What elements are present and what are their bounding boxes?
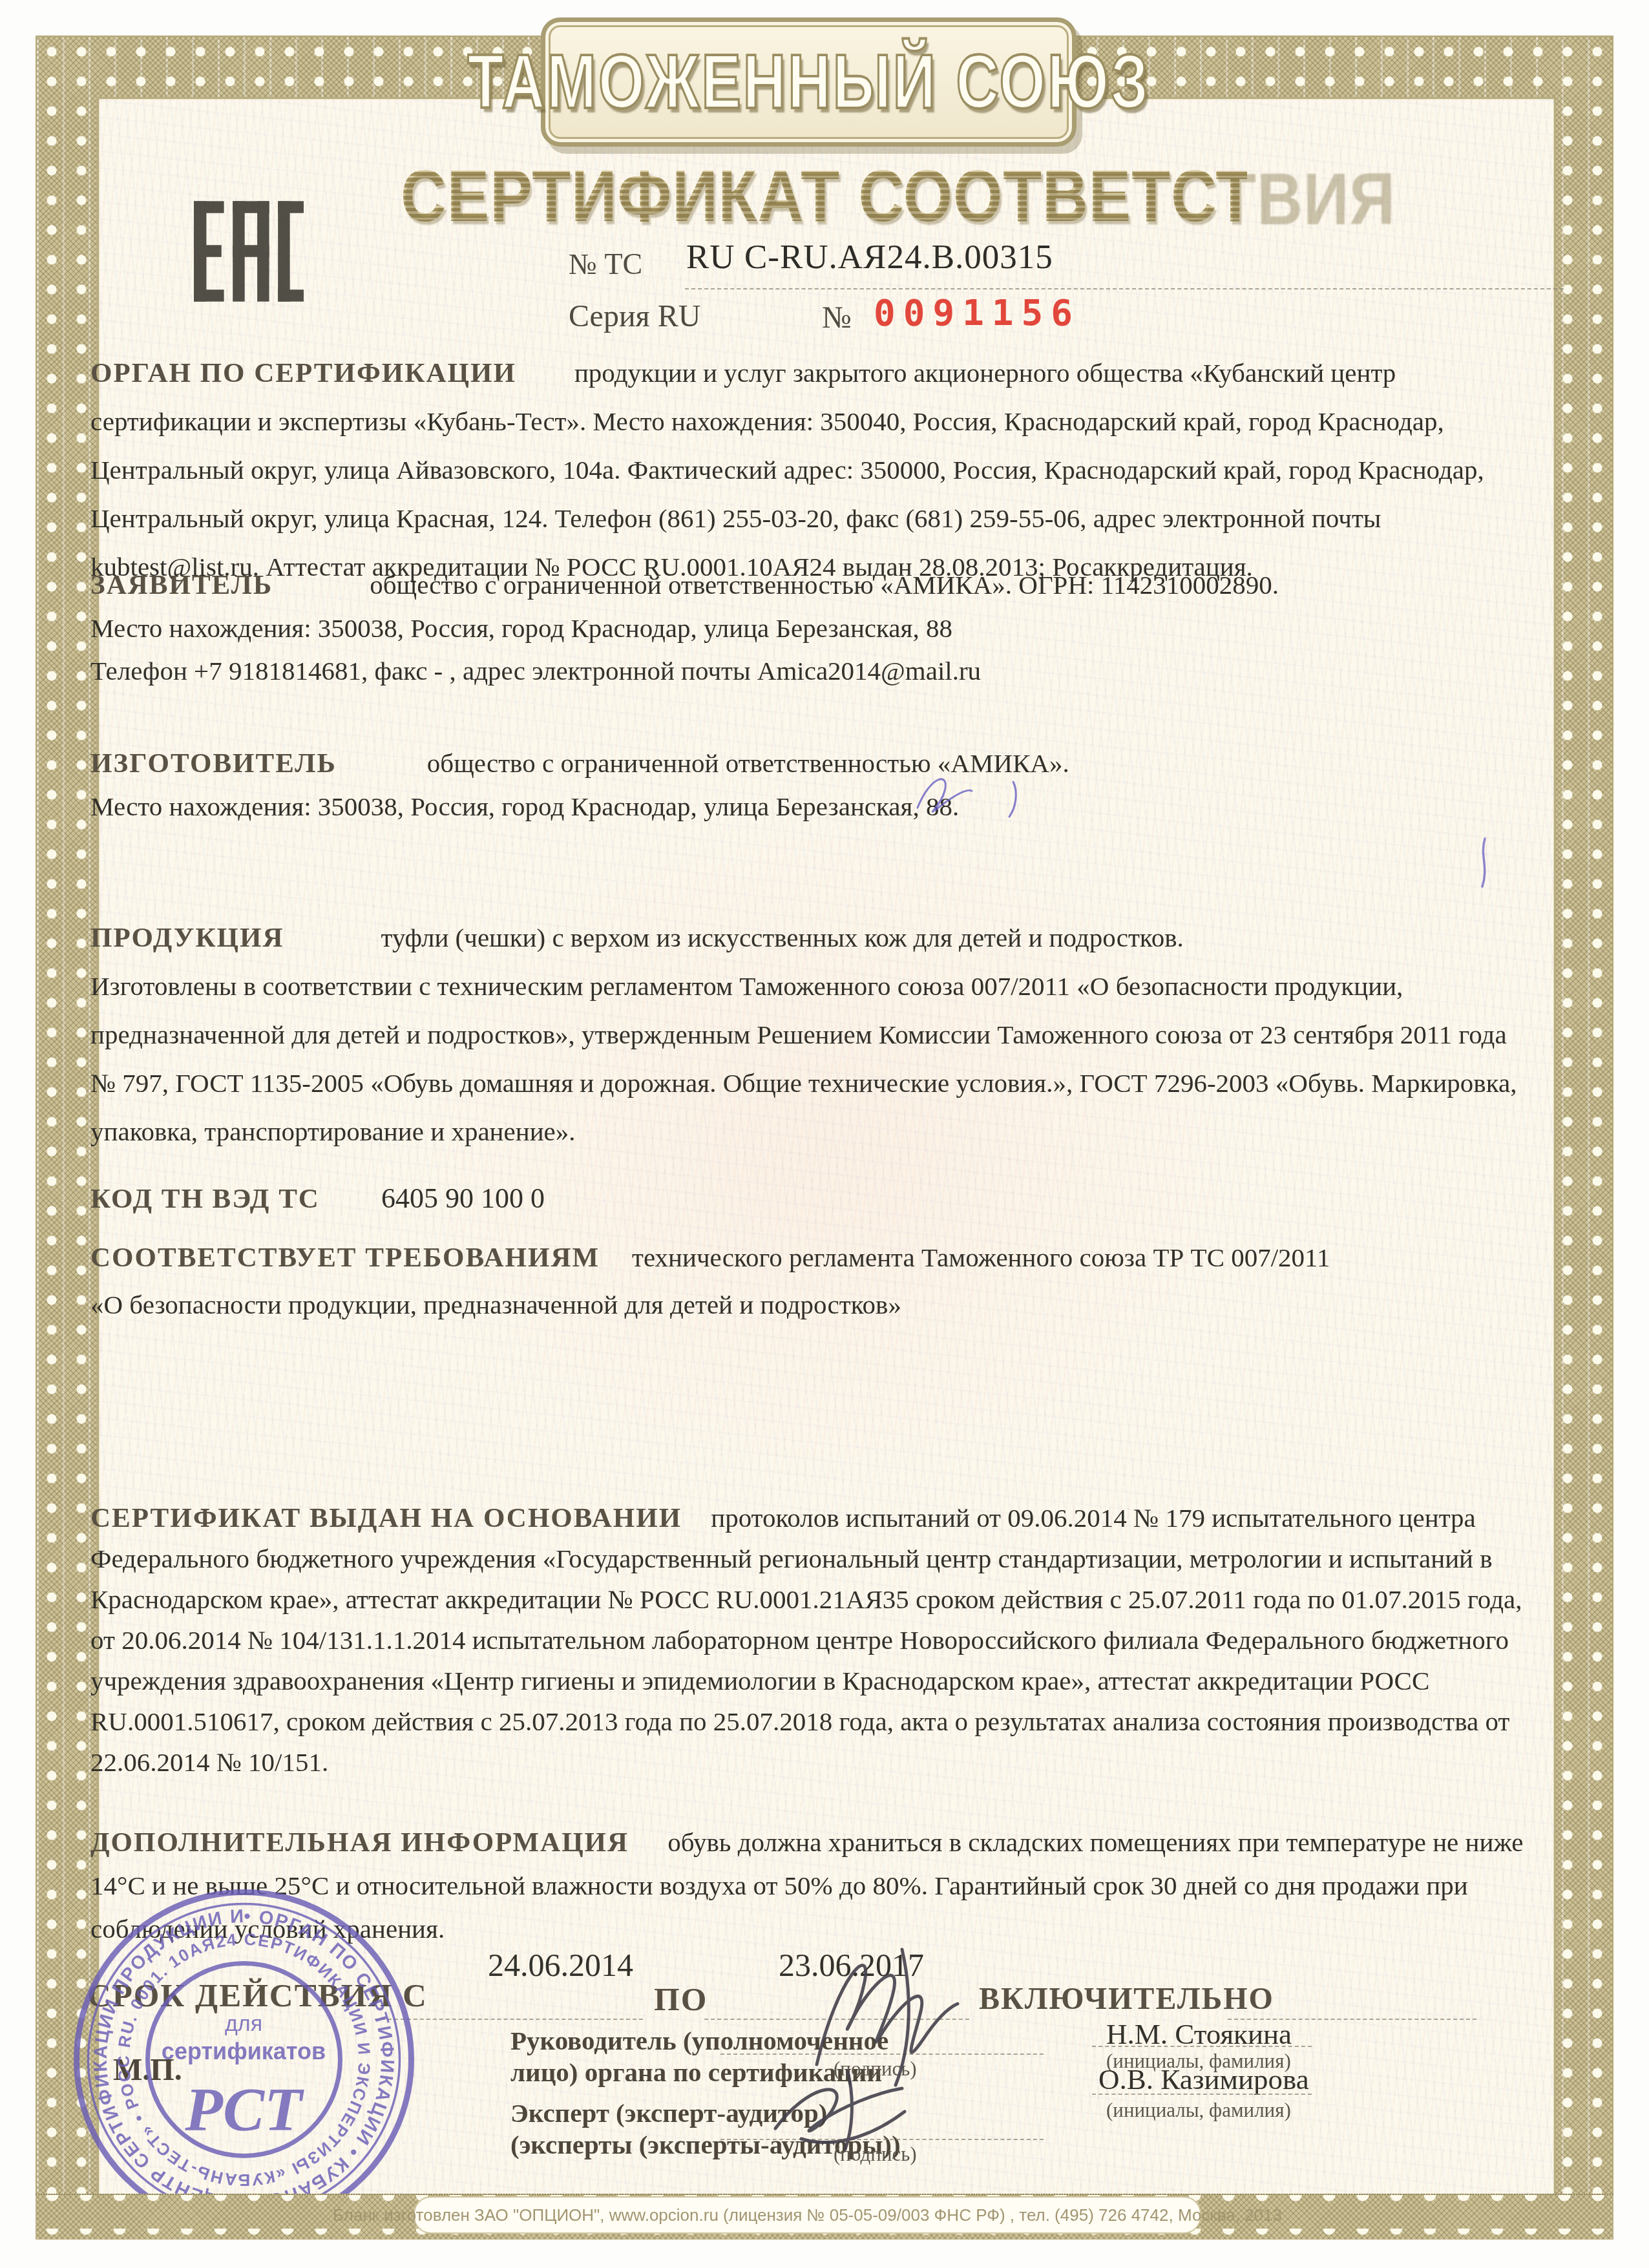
customs-union-banner-title: ТАМОЖЕННЫЙ СОЮЗ	[467, 38, 1150, 127]
eac-conformity-mark-icon	[194, 200, 304, 306]
name-line	[1092, 2094, 1312, 2095]
section-text: туфли (чешки) с верхом из искусственных …	[90, 923, 1517, 1146]
section-products: ПРОДУКЦИЯтуфли (чешки) с верхом из искус…	[90, 914, 1538, 1156]
certificate-number-value: RU C-RU.АЯ24.В.00315	[686, 238, 1053, 277]
section-text: протоколов испытаний от 09.06.2014 № 179…	[90, 1503, 1522, 1777]
stamp-rst-monogram: РСТ	[184, 2075, 304, 2144]
certificate-page: ТАМОЖЕННЫЙ СОЮЗ СЕРТИФИКАТ СООТВЕТСТВИЯ …	[0, 0, 1649, 2268]
microtext-line	[685, 288, 1564, 289]
stamp-center-line2: сертификатов	[162, 2038, 326, 2064]
section-label: ДОПОЛНИТЕЛЬНАЯ ИНФОРМАЦИЯ	[90, 1827, 629, 1858]
certification-body-round-stamp: • ОРГАН ПО СЕРТИФИКАЦИИ • КУБАНСКИЙ ЦЕНТ…	[61, 1877, 426, 2242]
section-label: СООТВЕТСТВУЕТ ТРЕБОВАНИЯМ	[90, 1243, 600, 1273]
name-caption: (инициалы, фамилия)	[1106, 2099, 1291, 2122]
tnved-code-value: 6405 90 100 0	[381, 1182, 545, 1214]
series-label: Серия RU	[569, 299, 700, 334]
section-issued-on-basis: СЕРТИФИКАТ ВЫДАН НА ОСНОВАНИИпротоколов …	[90, 1498, 1538, 1783]
expert-signature-ink	[750, 2065, 969, 2156]
validity-to-label: ПО	[654, 1981, 708, 2019]
series-number-value: 0091156	[874, 292, 1080, 334]
section-text: продукции и услуг закрытого акционерного…	[90, 358, 1484, 582]
section-applicant: ЗАЯВИТЕЛЬобщество с ограниченной ответст…	[90, 563, 1538, 692]
section-label: ОРГАН ПО СЕРТИФИКАЦИИ	[90, 358, 516, 388]
blue-ink-scribble	[905, 762, 1047, 834]
section-label: ИЗГОТОВИТЕЛЬ	[90, 748, 337, 779]
section-certification-body: ОРГАН ПО СЕРТИФИКАЦИИпродукции и услуг з…	[90, 349, 1538, 591]
series-number-sign: №	[822, 300, 852, 335]
certificate-title: СЕРТИФИКАТ СООТВЕТСТВИЯ	[401, 154, 1247, 238]
section-tnved-code: КОД ТН ВЭД ТС6405 90 100 0	[90, 1177, 1538, 1221]
validity-from-date: 24.06.2014	[488, 1946, 633, 1984]
section-label: КОД ТН ВЭД ТС	[90, 1184, 320, 1214]
expert-name: О.В. Казимирова	[1098, 2063, 1309, 2096]
section-label: ЗАЯВИТЕЛЬ	[90, 570, 273, 600]
blank-manufacturer-note: Бланк изготовлен ЗАО "ОПЦИОН", www.opcio…	[333, 2205, 1282, 2225]
name-line	[1092, 2046, 1312, 2047]
blank-manufacturer-imprint: Бланк изготовлен ЗАО "ОПЦИОН", www.opcio…	[414, 2196, 1201, 2234]
validity-inclusive-label: ВКЛЮЧИТЕЛЬНО	[979, 1981, 1274, 2017]
section-label: ПРОДУКЦИЯ	[90, 923, 284, 953]
section-manufacturer: ИЗГОТОВИТЕЛЬобщество с ограниченной отве…	[90, 742, 1538, 828]
section-label: СЕРТИФИКАТ ВЫДАН НА ОСНОВАНИИ	[90, 1503, 682, 1533]
certificate-number-label: № ТС	[569, 247, 642, 281]
section-complies-with: СООТВЕТСТВУЕТ ТРЕБОВАНИЯМтехнического ре…	[90, 1234, 1538, 1328]
blue-ink-mark	[1465, 834, 1504, 892]
stamp-center-line1: для	[225, 2011, 262, 2036]
customs-union-banner-box: ТАМОЖЕННЫЙ СОЮЗ	[541, 17, 1077, 147]
